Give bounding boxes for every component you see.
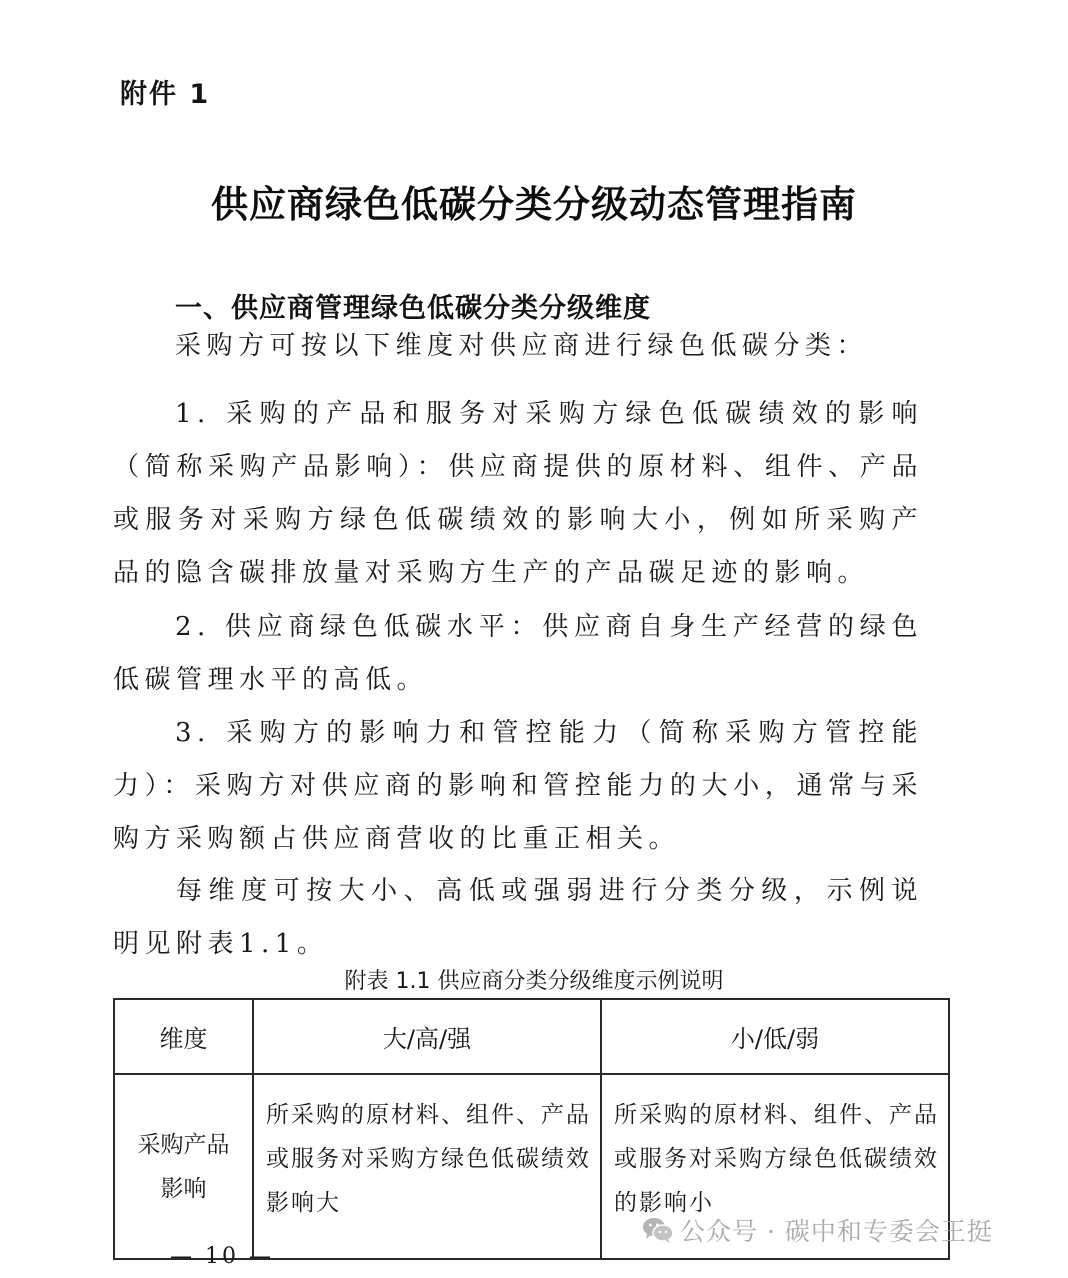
cell-dimension-text: 采购产品影响 bbox=[129, 1123, 239, 1211]
paragraph-item-2: 2. 供应商绿色低碳水平：供应商自身生产经营的绿色低碳管理水平的高低。 bbox=[113, 601, 923, 707]
table-header-row: 维度 大/高/强 小/低/弱 bbox=[114, 999, 949, 1074]
watermark-text: 公众号 · 碳中和专委会王挺 bbox=[680, 1212, 993, 1248]
cell-dimension: 采购产品影响 bbox=[114, 1074, 253, 1259]
column-header-dimension: 维度 bbox=[114, 999, 253, 1074]
cell-high: 所采购的原材料、组件、产品或服务对采购方绿色低碳绩效影响大 bbox=[253, 1074, 601, 1259]
paragraph-text: 采购方可按以下维度对供应商进行绿色低碳分类： bbox=[175, 331, 868, 361]
paragraph-text: 2. 供应商绿色低碳水平：供应商自身生产经营的绿色低碳管理水平的高低。 bbox=[113, 612, 923, 695]
paragraph-intro: 采购方可按以下维度对供应商进行绿色低碳分类： bbox=[113, 320, 923, 373]
paragraph-item-1: 1. 采购的产品和服务对采购方绿色低碳绩效的影响（简称采购产品影响）：供应商提供… bbox=[113, 388, 923, 600]
paragraph-item-3: 3. 采购方的影响力和管控能力（简称采购方管控能力）：采购方对供应商的影响和管控… bbox=[113, 707, 923, 866]
paragraph-text: 每维度可按大小、高低或强弱进行分类分级，示例说明见附表1.1。 bbox=[113, 876, 923, 959]
column-header-low: 小/低/弱 bbox=[601, 999, 949, 1074]
paragraph-text: 3. 采购方的影响力和管控能力（简称采购方管控能力）：采购方对供应商的影响和管控… bbox=[113, 718, 923, 854]
paragraph-text: 1. 采购的产品和服务对采购方绿色低碳绩效的影响（简称采购产品影响）：供应商提供… bbox=[113, 399, 923, 588]
attachment-label: 附件 1 bbox=[120, 72, 210, 111]
watermark: 公众号 · 碳中和专委会王挺 bbox=[642, 1212, 993, 1248]
page-number: — 10 — bbox=[170, 1244, 274, 1269]
paragraph-summary: 每维度可按大小、高低或强弱进行分类分级，示例说明见附表1.1。 bbox=[113, 865, 923, 971]
column-header-high: 大/高/强 bbox=[253, 999, 601, 1074]
document-title: 供应商绿色低碳分类分级动态管理指南 bbox=[0, 174, 1068, 228]
wechat-icon bbox=[642, 1216, 674, 1244]
table-caption: 附表 1.1 供应商分类分级维度示例说明 bbox=[0, 964, 1068, 995]
